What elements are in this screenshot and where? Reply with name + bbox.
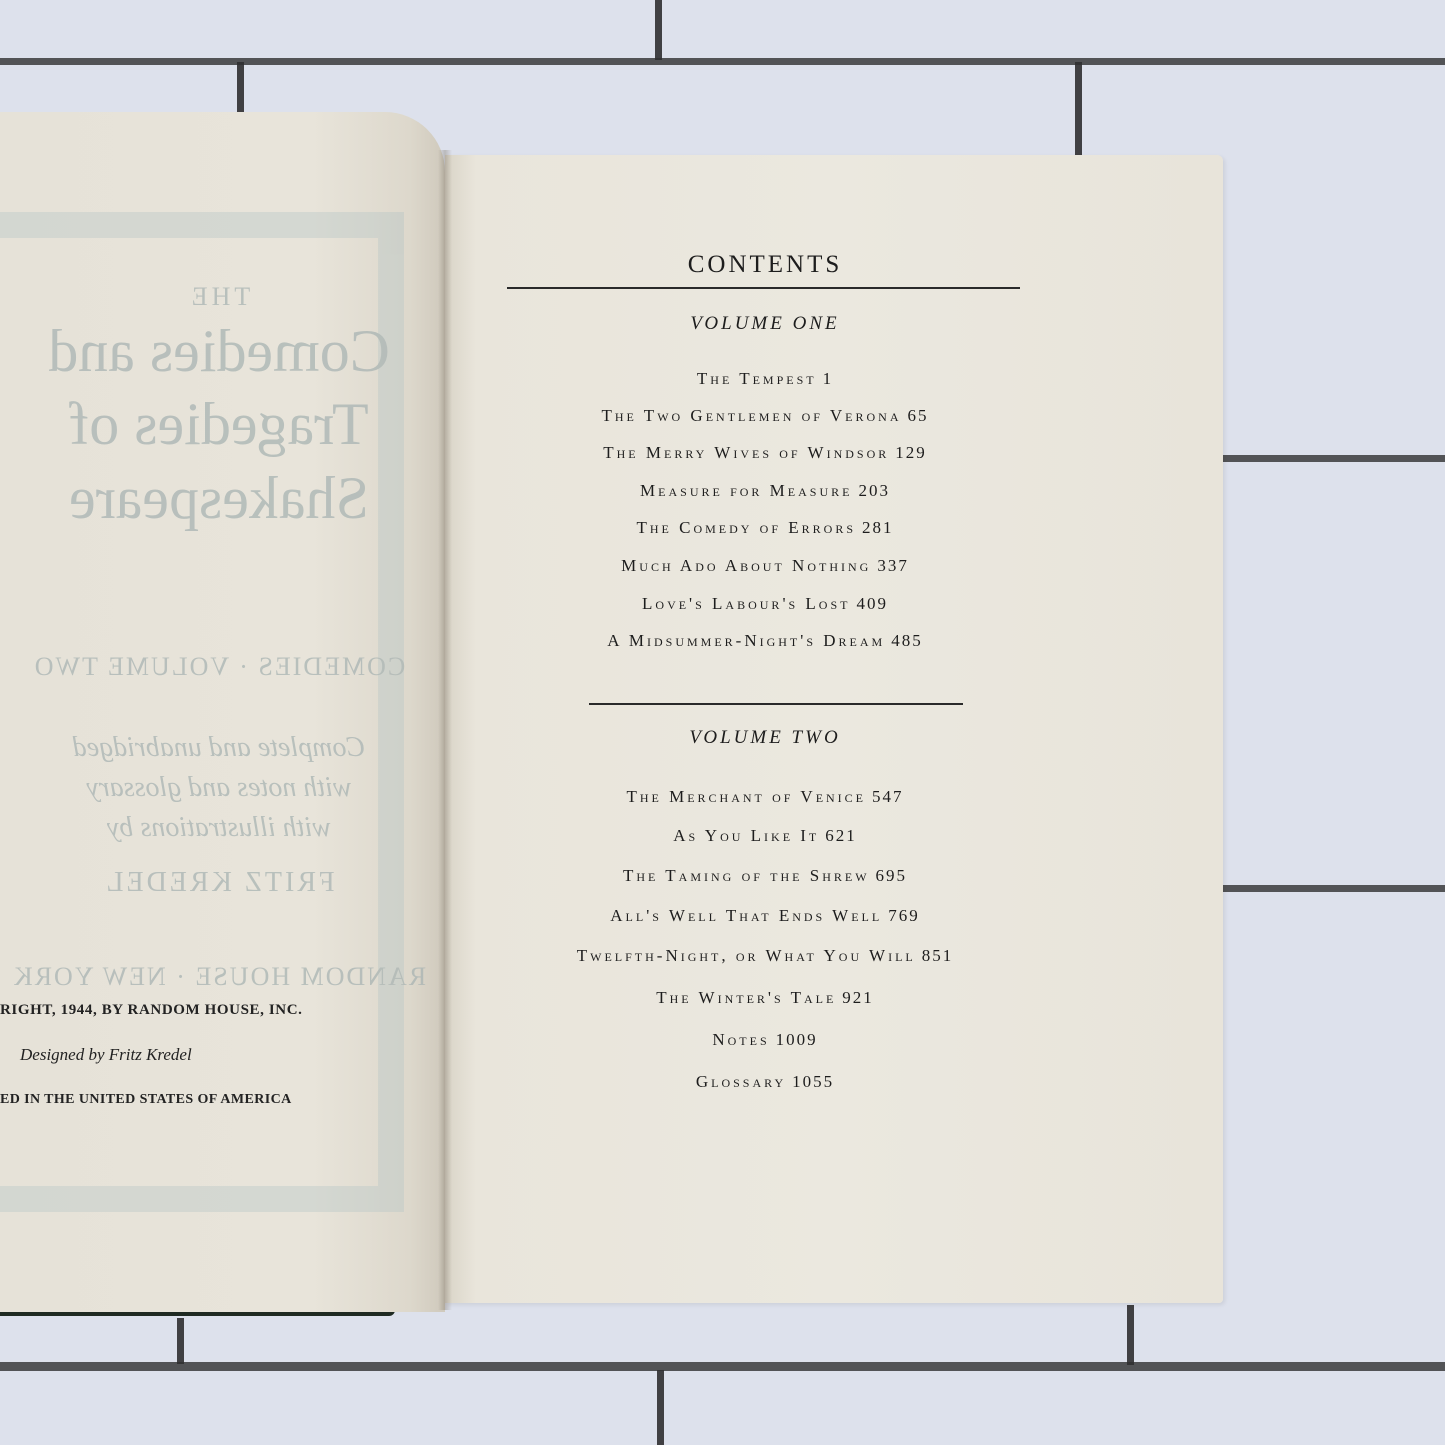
grout-line: [177, 1318, 184, 1364]
entry-page: 921: [842, 988, 874, 1007]
grout-line: [237, 62, 244, 117]
ghost-line: RANDOM HOUSE · NEW YORK: [0, 962, 439, 992]
grout-line: [657, 1370, 664, 1445]
toc-entry: As You Like It621: [445, 826, 1085, 846]
toc-entry: The Tempest1: [445, 369, 1085, 389]
title-rule: [507, 287, 1020, 289]
ghost-line: Shakespeare: [0, 464, 439, 533]
entry-page: 203: [858, 481, 890, 500]
grout-line: [1222, 885, 1445, 892]
entry-title: Much Ado About Nothing: [621, 556, 871, 575]
volume-divider-rule: [589, 703, 963, 705]
printed-in-line: ED IN THE UNITED STATES OF AMERICA: [0, 1092, 292, 1108]
entry-title: As You Like It: [673, 826, 819, 845]
entry-title: Measure for Measure: [640, 481, 852, 500]
left-page: THE Comedies and Tragedies of Shakespear…: [0, 112, 445, 1312]
ghost-line: THE: [0, 282, 439, 312]
toc-entry: Twelfth-Night, or What You Will851: [445, 946, 1085, 966]
contents-title: CONTENTS: [445, 251, 1085, 279]
designer-credit: Designed by Fritz Kredel: [20, 1045, 192, 1065]
ghost-line: FRITZ KREDEL: [0, 867, 439, 899]
bleed-through-title-page: THE Comedies and Tragedies of Shakespear…: [0, 112, 444, 1312]
ghost-line: Tragedies of: [0, 390, 439, 459]
toc-entry: Much Ado About Nothing337: [445, 556, 1085, 576]
grout-line: [655, 0, 662, 60]
entry-title: The Tempest: [697, 369, 817, 388]
entry-page: 129: [895, 443, 927, 462]
entry-page: 851: [922, 946, 954, 965]
ghost-line: Comedies and: [0, 317, 439, 386]
entry-page: 547: [872, 787, 904, 806]
toc-entry: A Midsummer-Night's Dream485: [445, 631, 1085, 651]
entry-page: 281: [862, 518, 894, 537]
toc-entry: The Merchant of Venice547: [445, 787, 1085, 807]
toc-entry: Love's Labour's Lost409: [445, 594, 1085, 614]
entry-title: The Winter's Tale: [656, 988, 836, 1007]
entry-title: All's Well That Ends Well: [610, 906, 882, 925]
entry-title: The Two Gentlemen of Verona: [601, 406, 901, 425]
entry-page: 1009: [776, 1030, 818, 1049]
entry-title: Love's Labour's Lost: [642, 594, 850, 613]
entry-page: 485: [891, 631, 923, 650]
ghost-line: with illustrations by: [0, 812, 439, 844]
grout-line: [0, 58, 1445, 65]
entry-title: A Midsummer-Night's Dream: [607, 631, 885, 650]
ghost-line: with notes and glossary: [0, 772, 439, 804]
toc-entry: All's Well That Ends Well769: [445, 906, 1085, 926]
toc-entry: The Merry Wives of Windsor129: [445, 443, 1085, 463]
entry-page: 409: [856, 594, 888, 613]
entry-page: 621: [825, 826, 857, 845]
volume-one-heading: VOLUME ONE: [445, 313, 1085, 335]
grout-line: [1127, 1305, 1134, 1365]
entry-title: Twelfth-Night, or What You Will: [577, 946, 916, 965]
toc-entry: Glossary1055: [445, 1072, 1085, 1092]
toc-entry: The Taming of the Shrew695: [445, 866, 1085, 886]
toc-entry: The Two Gentlemen of Verona65: [445, 406, 1085, 426]
grout-line: [1075, 62, 1082, 162]
entry-page: 1: [823, 369, 834, 388]
entry-page: 65: [908, 406, 929, 425]
entry-page: 769: [888, 906, 920, 925]
entry-title: The Comedy of Errors: [636, 518, 856, 537]
grout-line: [1222, 455, 1445, 462]
copyright-line: RIGHT, 1944, BY RANDOM HOUSE, INC.: [0, 1002, 303, 1019]
ghost-line: Complete and unabridged: [0, 732, 439, 764]
entry-title: The Taming of the Shrew: [623, 866, 870, 885]
toc-entry: Measure for Measure203: [445, 481, 1085, 501]
entry-page: 695: [876, 866, 908, 885]
entry-page: 337: [877, 556, 909, 575]
entry-page: 1055: [792, 1072, 834, 1091]
entry-title: The Merry Wives of Windsor: [603, 443, 889, 462]
entry-title: Notes: [712, 1030, 769, 1049]
toc-entry: Notes1009: [445, 1030, 1085, 1050]
toc-entry: The Comedy of Errors281: [445, 518, 1085, 538]
toc-entry: The Winter's Tale921: [445, 988, 1085, 1008]
grout-line: [0, 1362, 1445, 1371]
volume-two-heading: VOLUME TWO: [445, 727, 1085, 749]
ghost-line: COMEDIES · VOLUME TWO: [0, 652, 439, 682]
entry-title: The Merchant of Venice: [626, 787, 866, 806]
entry-title: Glossary: [696, 1072, 786, 1091]
